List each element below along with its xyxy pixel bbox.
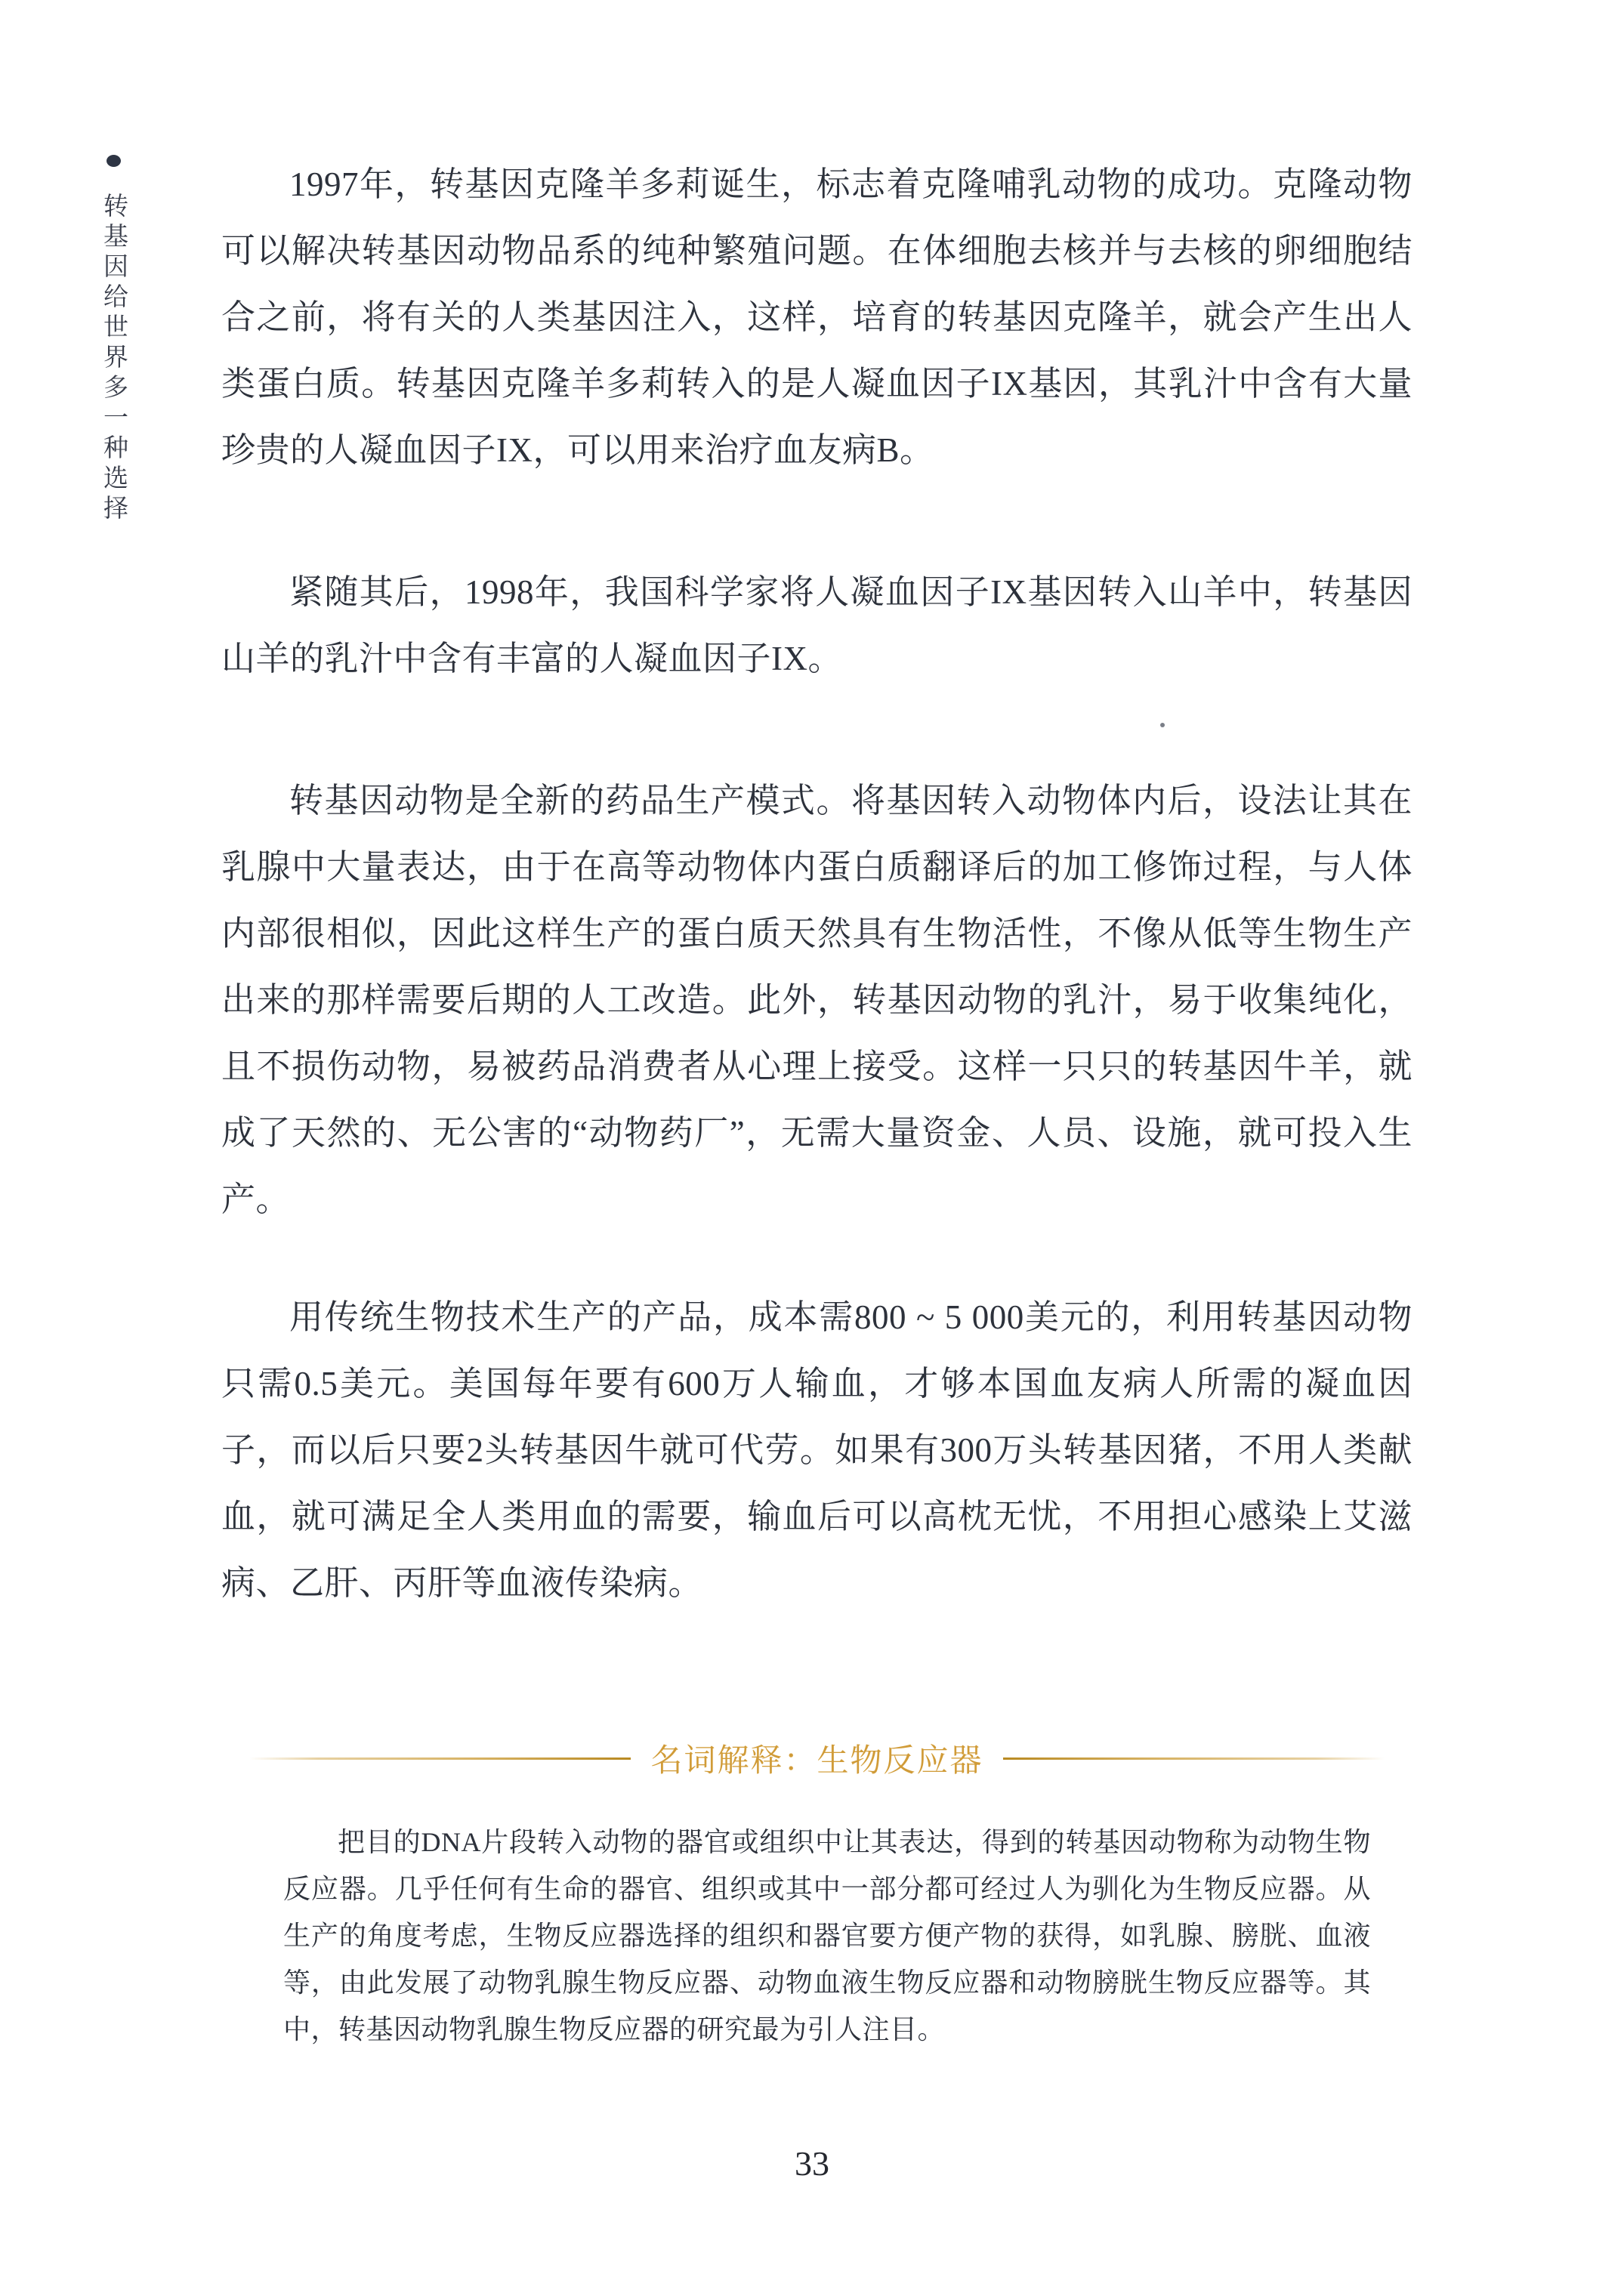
chapter-vertical-title: 转基因给世界多一种选择 bbox=[97, 193, 130, 540]
scan-speck bbox=[1160, 723, 1165, 727]
body-paragraph-2: 紧随其后，1998年，我国科学家将人凝血因子IX基因转入山羊中，转基因山羊的乳汁… bbox=[221, 559, 1413, 692]
body-paragraph-3: 转基因动物是全新的药品生产模式。将基因转入动物体内后，设法让其在乳腺中大量表达，… bbox=[221, 767, 1413, 1233]
glossary-header: 名词解释：生物反应器 bbox=[221, 1736, 1413, 1781]
glossary-section: 名词解释：生物反应器 把目的DNA片段转入动物的器官或组织中让其表达，得到的转基… bbox=[221, 1736, 1413, 2053]
glossary-body: 把目的DNA片段转入动物的器官或组织中让其表达，得到的转基因动物称为动物生物反应… bbox=[283, 1819, 1371, 2053]
chapter-bullet-icon bbox=[107, 155, 121, 167]
body-paragraph-1: 1997年，转基因克隆羊多莉诞生，标志着克隆哺乳动物的成功。克隆动物可以解决转基… bbox=[221, 151, 1413, 483]
content-column: 1997年，转基因克隆羊多莉诞生，标志着克隆哺乳动物的成功。克隆动物可以解决转基… bbox=[221, 151, 1413, 2053]
chapter-sidebar: 转基因给世界多一种选择 bbox=[97, 155, 130, 540]
page-number: 33 bbox=[0, 2143, 1624, 2183]
book-page: 转基因给世界多一种选择 1997年，转基因克隆羊多莉诞生，标志着克隆哺乳动物的成… bbox=[0, 0, 1624, 2296]
body-paragraph-4: 用传统生物技术生产的产品，成本需800 ~ 5 000美元的，利用转基因动物只需… bbox=[221, 1284, 1413, 1616]
glossary-divider-right bbox=[1003, 1757, 1385, 1760]
glossary-divider-left bbox=[249, 1757, 631, 1760]
glossary-title: 名词解释：生物反应器 bbox=[631, 1736, 1002, 1781]
